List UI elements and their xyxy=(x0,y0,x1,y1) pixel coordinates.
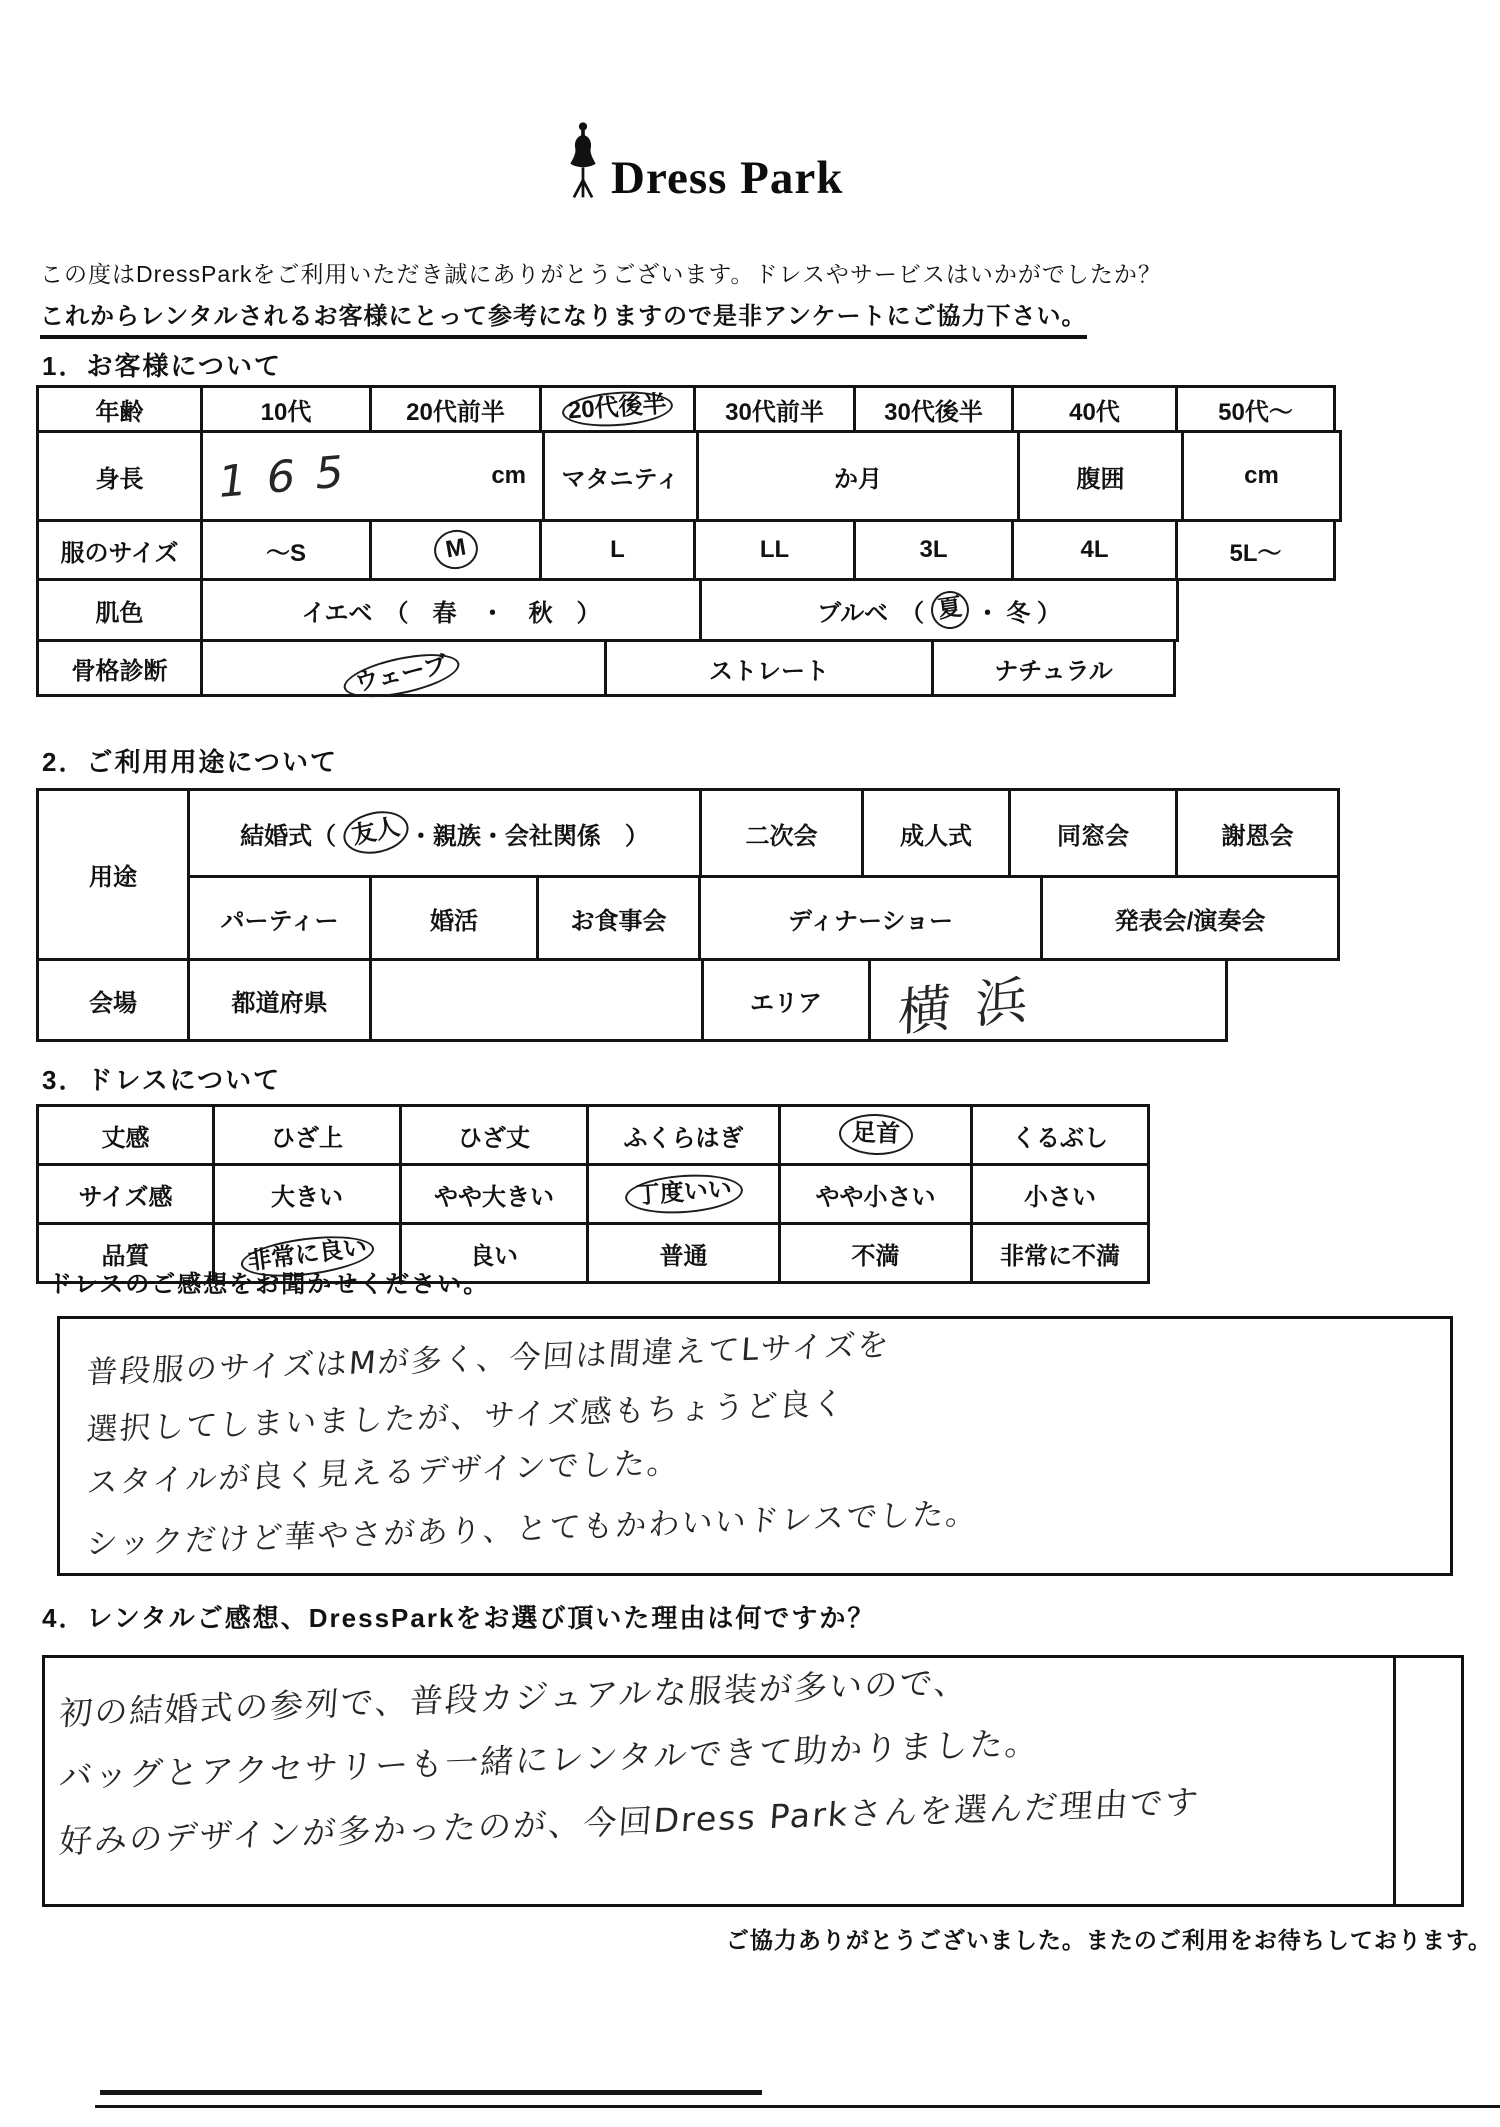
circle-mark: 友人 xyxy=(339,806,412,860)
skeleton-option: ナチュラル xyxy=(931,639,1176,697)
prefecture-label: 都道府県 xyxy=(187,958,372,1042)
purpose-option: 謝恩会 xyxy=(1175,788,1340,878)
venue-row: 会場 都道府県 エリア 横浜 xyxy=(36,958,1340,1042)
length-label: 丈感 xyxy=(36,1104,215,1166)
purpose-wedding-cell: 結婚式（ 友人・親族・会社関係 ） xyxy=(187,788,702,878)
circle-mark: ウェーブ xyxy=(340,646,463,706)
maternity-label: マタニティ xyxy=(542,430,699,522)
fit-label: サイズ感 xyxy=(36,1163,215,1225)
fit-option: やや大きい xyxy=(399,1163,589,1225)
purpose-option: 同窓会 xyxy=(1008,788,1178,878)
section4-title: 4．レンタルご感想、DressParkをお選び頂いた理由は何ですか？ xyxy=(42,1598,875,1635)
dress-feedback-box: 普段服のサイズはMが多く、今回は間違えてLサイズを 選択してしまいましたが、サイ… xyxy=(57,1316,1453,1576)
age-option: 30代前半 xyxy=(693,385,856,433)
prefecture-input-area xyxy=(369,958,704,1042)
handwritten-feedback-line: シックだけど華やさがあり、とてもかわいいドレスでした。 xyxy=(85,1487,980,1563)
age-option: 50代～ xyxy=(1175,385,1336,433)
purpose-option: お食事会 xyxy=(536,875,701,961)
brand-logo: Dress Park xyxy=(563,120,843,202)
height-value-cell: 165 cm xyxy=(200,430,545,522)
handwritten-feedback-line: 選択してしまいましたが、サイズ感もちょうど良く xyxy=(85,1378,847,1449)
circle-mark: 足首 xyxy=(838,1113,913,1157)
age-option-selected: 20代後半 xyxy=(539,385,696,433)
purpose-row-1: 結婚式（ 友人・親族・会社関係 ） 二次会 成人式 同窓会 謝恩会 xyxy=(187,788,1340,878)
section2-title: 2．ご利用用途について xyxy=(42,742,338,779)
length-option: くるぶし xyxy=(970,1104,1150,1166)
intro-emphasis-text: これからレンタルされるお客様にとって参考になりますので是非アンケートにご協力下さ… xyxy=(40,296,1087,339)
skeleton-label: 骨格診断 xyxy=(36,639,203,697)
fit-option: 小さい xyxy=(970,1163,1150,1225)
purpose-option: 二次会 xyxy=(699,788,864,878)
height-unit: cm xyxy=(491,462,526,490)
size-row: 服のサイズ ～S M L LL 3L 4L 5L～ xyxy=(36,519,1342,581)
age-option: 10代 xyxy=(200,385,372,433)
length-option: ふくらはぎ xyxy=(586,1104,781,1166)
section1-title: 1．お客様について xyxy=(42,346,282,383)
skeleton-option: ストレート xyxy=(604,639,934,697)
skin-blue-suffix: ） xyxy=(1030,593,1061,628)
circle-mark: 夏 xyxy=(928,588,971,631)
size-option: ～S xyxy=(200,519,372,581)
circle-mark: M xyxy=(430,527,480,573)
length-option: ひざ上 xyxy=(212,1104,402,1166)
purpose-option: ディナーショー xyxy=(698,875,1043,961)
footer-thanks-text: ご協力ありがとうございました。またのご利用をお待ちしております。 xyxy=(726,1922,1492,1955)
length-row: 丈感 ひざ上 ひざ丈 ふくらはぎ 足首 くるぶし xyxy=(36,1104,1150,1166)
handwritten-height: 165 xyxy=(215,444,367,507)
handwritten-feedback-line: スタイルが良く見えるデザインでした。 xyxy=(86,1437,682,1503)
skin-blue-separator: ・ xyxy=(969,593,1006,628)
skeleton-row: 骨格診断 ウェーブ ストレート ナチュラル xyxy=(36,639,1342,697)
quality-option: 普通 xyxy=(586,1222,781,1284)
quality-option: 不満 xyxy=(778,1222,973,1284)
circle-mark: 20代後半 xyxy=(561,388,674,430)
purpose-label: 用途 xyxy=(36,788,190,961)
purpose-option: 発表会/演奏会 xyxy=(1040,875,1340,961)
skin-blue-prefix: ブルベ （ xyxy=(817,593,931,628)
intro-text: この度はDressParkをご利用いただき誠にありがとうございます。ドレスやサー… xyxy=(40,256,1162,289)
area-label: エリア xyxy=(701,958,871,1042)
scanned-survey-form: { "brand": { "name": "Dress Park" }, "in… xyxy=(0,0,1500,2127)
age-option: 30代後半 xyxy=(853,385,1014,433)
skin-blue-option: ブルベ （ 夏 ・ 冬 ） xyxy=(699,578,1179,642)
dress-table: 丈感 ひざ上 ひざ丈 ふくらはぎ 足首 くるぶし サイズ感 大きい やや大きい … xyxy=(36,1104,1150,1284)
purpose-row-2: パーティー 婚活 お食事会 ディナーショー 発表会/演奏会 xyxy=(187,875,1340,961)
skin-blue-winter: 冬 xyxy=(1006,593,1030,628)
usage-table: 用途 結婚式（ 友人・親族・会社関係 ） 二次会 成人式 同窓会 謝恩会 パーテ… xyxy=(36,788,1340,1042)
skin-row: 肌色 イエベ （ 春 ・ 秋 ） ブルベ （ 夏 ・ 冬 ） xyxy=(36,578,1342,642)
age-row: 年齢 10代 20代前半 20代後半 30代前半 30代後半 40代 50代～ xyxy=(36,385,1342,433)
skeleton-option-selected: ウェーブ xyxy=(200,639,607,697)
box-divider-line xyxy=(1393,1658,1396,1904)
handwritten-reason-line: 初の結婚式の参列で、普段カジュアルな服装が多いので、 xyxy=(58,1656,971,1735)
height-row: 身長 165 cm マタニティ か月 腹囲 cm xyxy=(36,430,1342,522)
size-label: 服のサイズ xyxy=(36,519,203,581)
rental-feedback-box: 初の結婚式の参列で、普段カジュアルな服装が多いので、 バッグとアクセサリーも一緒… xyxy=(42,1655,1464,1907)
fit-option: 大きい xyxy=(212,1163,402,1225)
size-option: LL xyxy=(693,519,856,581)
section3-title: 3．ドレスについて xyxy=(42,1060,281,1097)
length-option: ひざ丈 xyxy=(399,1104,589,1166)
wedding-prefix: 結婚式（ xyxy=(240,816,343,851)
circle-mark: 丁度いい xyxy=(623,1171,743,1217)
wedding-suffix: ・親族・会社関係 ） xyxy=(409,816,649,851)
size-option: 4L xyxy=(1011,519,1178,581)
age-label: 年齢 xyxy=(36,385,203,433)
quality-option: 非常に不満 xyxy=(970,1222,1150,1284)
purpose-option: パーティー xyxy=(187,875,372,961)
size-option: L xyxy=(539,519,696,581)
age-option: 20代前半 xyxy=(369,385,542,433)
purpose-option: 婚活 xyxy=(369,875,539,961)
size-option: 5L～ xyxy=(1175,519,1336,581)
dress-mannequin-icon xyxy=(563,120,603,202)
dress-feedback-question: ドレスのご感想をお聞かせください。 xyxy=(48,1264,489,1299)
waist-label: 腹囲 xyxy=(1017,430,1184,522)
skin-yellow-option: イエベ （ 春 ・ 秋 ） xyxy=(200,578,702,642)
area-value-cell: 横浜 xyxy=(868,958,1228,1042)
size-option: 3L xyxy=(853,519,1014,581)
customer-table: 年齢 10代 20代前半 20代後半 30代前半 30代後半 40代 50代～ … xyxy=(36,385,1342,697)
size-option-selected: M xyxy=(369,519,542,581)
brand-name: Dress Park xyxy=(611,155,843,202)
fit-option-selected: 丁度いい xyxy=(586,1163,781,1225)
scan-artifact-line xyxy=(95,2105,1500,2108)
scan-artifact-line xyxy=(100,2090,762,2095)
skin-label: 肌色 xyxy=(36,578,203,642)
age-option: 40代 xyxy=(1011,385,1178,433)
months-label: か月 xyxy=(696,430,1020,522)
length-option-selected: 足首 xyxy=(778,1104,973,1166)
purpose-option: 成人式 xyxy=(861,788,1011,878)
height-label: 身長 xyxy=(36,430,203,522)
fit-row: サイズ感 大きい やや大きい 丁度いい やや小さい 小さい xyxy=(36,1163,1150,1225)
fit-option: やや小さい xyxy=(778,1163,973,1225)
waist-unit: cm xyxy=(1181,430,1342,522)
handwritten-area: 横浜 xyxy=(897,955,1053,1045)
venue-label: 会場 xyxy=(36,958,190,1042)
